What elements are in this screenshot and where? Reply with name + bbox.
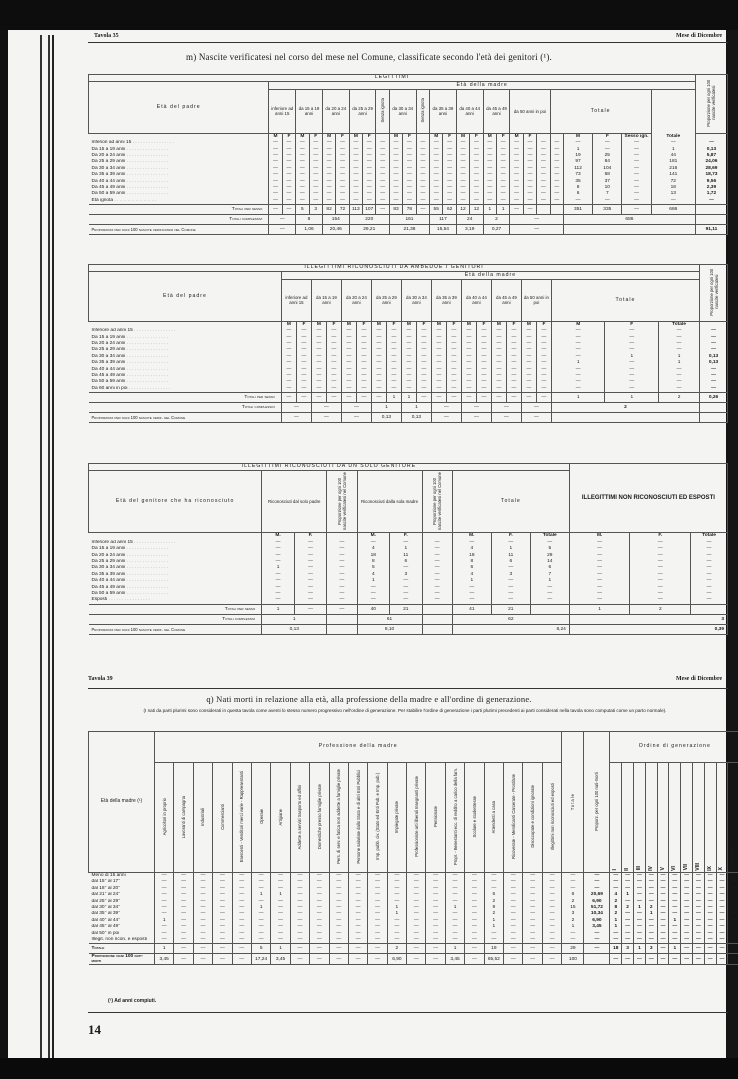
table-label: Tavola 35 [94, 33, 119, 39]
cell: — [269, 225, 296, 235]
cell: — [536, 393, 551, 403]
cell: — [327, 604, 357, 614]
cell: 2 [483, 215, 510, 225]
cell: — [416, 386, 431, 393]
totale-sub-header: Totale [651, 133, 695, 140]
order-cell: 3 [645, 944, 657, 954]
cell: — [530, 597, 569, 604]
col-header: da 15 a 19 anni [296, 89, 323, 133]
cell: — [213, 954, 232, 965]
order-cell: — [704, 944, 716, 954]
totali-complessivi-row: Totali complessivi———11————2 [89, 403, 728, 413]
tot-f: — [605, 386, 659, 393]
cell: — [281, 386, 296, 393]
tot-f: 1 [605, 393, 659, 403]
cell: — [329, 937, 348, 944]
leader-dots: . . . . . . . . . . . . . . . . [125, 341, 168, 346]
sex-header: M [389, 133, 402, 140]
sex-header: M [483, 133, 496, 140]
row-label-text: Da 25 a 29 anni [92, 159, 126, 164]
cell: — [523, 205, 536, 215]
order-col-header: VIII [693, 763, 705, 873]
order-cell: — [634, 937, 646, 944]
cell: — [387, 937, 406, 944]
cell: — [371, 386, 386, 393]
profession-col-header: Commercianti [213, 763, 232, 873]
tot-ign: — [622, 198, 651, 205]
cell: — [403, 198, 416, 205]
cell: — [310, 954, 329, 965]
totale-sub-header: F [593, 133, 622, 140]
month-label: Mese di Dicembre [676, 676, 722, 682]
sex-row: MFMFMFMFMFMFMFMFMFMFTotale [89, 321, 728, 328]
order-cell: — [657, 873, 669, 880]
cell: — [431, 403, 461, 413]
cell: — [271, 873, 290, 880]
proportion-header: Proporz. per ogni 100 nati-morti [594, 772, 599, 831]
col-header: da 20 a 24 anni [322, 89, 349, 133]
cell: — [407, 944, 426, 954]
scan-border [0, 1058, 738, 1079]
order-cell: — [716, 937, 728, 944]
cell: — [193, 944, 212, 954]
sex-header: F. [491, 533, 530, 540]
cell: — [523, 954, 542, 965]
sex-header: Totale [691, 533, 728, 540]
sex-header: F [296, 321, 311, 328]
cell: — [536, 386, 551, 393]
cell: — [445, 937, 464, 944]
blank [327, 614, 357, 624]
order-cell: — [622, 873, 634, 880]
order-label: VII [684, 864, 689, 870]
order-cell: — [681, 954, 693, 965]
leader-dots: . . . . . . . . . . . . . . . . [125, 166, 168, 171]
cell: 82 [322, 205, 335, 215]
order-cell: — [622, 954, 634, 965]
leader-dots: . . . . . . . . . . . . . . . . [125, 553, 168, 558]
order-cell: 3 [622, 944, 634, 954]
order-cell: — [728, 873, 738, 880]
order-col-header: III [634, 763, 646, 873]
table-row: Età ignota . . . . . . . . . . . . . . .… [89, 198, 728, 205]
sex-header [376, 133, 389, 140]
row-label: Totali complessivi [89, 215, 269, 225]
cell: 24 [456, 215, 483, 225]
col-header: da 25 a 29 anni [371, 279, 401, 321]
cell: — [550, 198, 563, 205]
order-cell: — [728, 944, 738, 954]
sex-header: M [322, 133, 335, 140]
cell: 1 [569, 604, 630, 614]
cell: — [296, 393, 311, 403]
proportion: — [584, 937, 610, 944]
profession-col-header: Illegittimi non riconosciuti ed esposti [542, 763, 562, 873]
cell: — [326, 386, 341, 393]
leader-dots: . . . . . . . . . . . . . . . . [125, 172, 168, 177]
cell: — [521, 413, 551, 423]
profession-label: Esercenti - Venditori merci varie - Rapp… [239, 771, 244, 862]
row-label: Totali complessivi [89, 403, 282, 413]
cell: — [491, 393, 506, 403]
cell: 21,38 [389, 225, 429, 235]
cell: — [407, 937, 426, 944]
solo-genitore-table: ILLEGITTIMI RICONOSCIUTI DA UN SOLO GENI… [88, 463, 728, 635]
table-row: dal 21° al 24°—————11——————————6———620,6… [89, 892, 738, 898]
cell: — [213, 873, 232, 880]
profession-col-header: Propr. - Benestanti ecc. di reddito a ca… [445, 763, 464, 873]
profession-label: Addette a servizi trasporto ed affini [297, 785, 302, 849]
profession-label: Pensionate [433, 806, 438, 827]
cell: 3,19 [456, 225, 483, 235]
nati-morti-body: Meno di 15 anni—————————————————————————… [89, 873, 738, 965]
order-label: IX [708, 866, 713, 871]
cell: — [232, 954, 251, 965]
blank [551, 413, 699, 423]
sex-header: M [491, 321, 506, 328]
cell: — [426, 944, 445, 954]
row-label: Totale [89, 944, 155, 954]
leader-dots: . . . . . . . . . . . . . . . . [125, 335, 168, 340]
cell: — [281, 413, 311, 423]
cell: — [445, 873, 464, 880]
table-row: dal 45° al 49°—————————————————1———13,45… [89, 924, 738, 930]
profession-label: Artigiane [278, 809, 283, 826]
order-cell: — [634, 954, 646, 965]
blank [422, 624, 452, 634]
cell: 12 [470, 205, 483, 215]
cell: — [465, 937, 484, 944]
totale-row: Totale1————51—————2——1—19———29—18313—1——… [89, 944, 738, 954]
sex-header [327, 533, 357, 540]
cell: 15,54 [430, 225, 457, 235]
profession-col-header: Professioniste arti liberali Insegnanti … [407, 763, 426, 873]
sex-header: F. [390, 533, 422, 540]
order-col-header: VII [681, 763, 693, 873]
blank [563, 225, 695, 235]
row-label-text: Da 50 a 59 anni [92, 191, 126, 196]
sex-header: M [430, 133, 443, 140]
cell: — [213, 944, 232, 954]
sex-header: F [496, 133, 509, 140]
profession-label: Imp. pubb. civ. (Stato ed Enti Pub. e Im… [375, 773, 380, 860]
cell: — [269, 205, 282, 215]
cell: — [310, 944, 329, 954]
cell: — [465, 954, 484, 965]
row-label-text: Da 45 a 49 anni [92, 373, 126, 378]
table-row: dal 15° al 17°——————————————————————————… [89, 879, 738, 885]
cell: — [174, 873, 193, 880]
cell: — [368, 873, 387, 880]
tot-f: — [593, 198, 622, 205]
sex-header: F. [630, 533, 691, 540]
cell: 55 [430, 205, 443, 215]
row-label-text: Esposti [92, 597, 108, 602]
totale-header: Totale [551, 279, 699, 321]
sex-header: F [326, 321, 341, 328]
order-cell: — [645, 937, 657, 944]
table-label: Tavola 39 [88, 676, 113, 682]
cell: — [491, 413, 521, 423]
row-label: Esposti . . . . . . . . . . . . . . . . [89, 597, 262, 604]
order-cell: — [622, 937, 634, 944]
leader-dots: . . . . . . . . . . . . . . . . [113, 198, 156, 203]
legittimi-body: MFMFMFMFMFMFMFMFMFMFSesso ign.TotaleInfe… [89, 133, 728, 234]
cell: — [371, 393, 386, 403]
cell: — [348, 944, 367, 954]
totali-per-sesso-row: Totali per sesso———————11—————————1120,2… [89, 393, 728, 403]
profession-label: Propr. - Benestanti ecc. di reddito a ca… [453, 768, 458, 865]
leader-dots: . . . . . . . . . . . . . . . . [133, 328, 176, 333]
order-label: X [719, 867, 724, 870]
sex-header: M [311, 321, 326, 328]
cell: — [193, 937, 212, 944]
ambedue-table: ILLEGITTIMI RICONOSCIUTI DA AMBEDUE I GE… [88, 264, 728, 423]
table-row: Meno di 15 anni—————————————————————————… [89, 873, 738, 880]
totale-sub-header: F [605, 321, 659, 328]
sex-row: MFMFMFMFMFMFMFMFMFMFSesso ign.Totale [89, 133, 728, 140]
sex-header: F [416, 321, 431, 328]
tot-m: 1 [551, 393, 605, 403]
cell: — [174, 944, 193, 954]
cell: — [476, 386, 491, 393]
cell: — [174, 937, 193, 944]
proportion: — [700, 386, 728, 393]
row-label-text: Da 40 a 44 anni [92, 367, 126, 372]
blank [695, 205, 727, 215]
cell: — [521, 403, 551, 413]
prop-padre-header: Proporzione per ogni 100 nascite verific… [337, 471, 347, 532]
cell: — [281, 393, 296, 403]
proportion-header: Proporzione per ogni 100 nascite verific… [709, 265, 719, 321]
row-label: Da 60 anni in poi . . . . . . . . . . . … [89, 386, 282, 393]
order-col-header: VI [669, 763, 681, 873]
cell: — [542, 937, 562, 944]
cell: — [430, 198, 443, 205]
cell: 1 [386, 393, 401, 403]
cell: — [416, 198, 429, 205]
row-label: Illegit. non ricon. e esposti [89, 937, 155, 944]
total: 29 [562, 944, 584, 954]
cell: — [456, 198, 469, 205]
cell: — [446, 386, 461, 393]
profession-col-header: Operaie [251, 763, 270, 873]
ambedue-body: MFMFMFMFMFMFMFMFMFMFTotaleInferiore ad a… [89, 321, 728, 422]
profession-col-header: Imp. pubb. civ. (Stato ed Enti Pub. e Im… [368, 763, 387, 873]
order-cell: — [693, 937, 705, 944]
profession-col-header: Scolare e studentesse [465, 763, 484, 873]
order-col-header: V [657, 763, 669, 873]
cell: 1 [271, 944, 290, 954]
cell: — [465, 944, 484, 954]
sex-header: M [269, 133, 282, 140]
row-label-text: Da 50 a 59 anni [92, 379, 126, 384]
row-label-text: Da 15 a 19 anni [92, 546, 126, 551]
order-cell: 1 [634, 944, 646, 954]
proportion: — [584, 944, 610, 954]
sex-header: M [296, 133, 309, 140]
profession-col-header: Pensionate [426, 763, 445, 873]
leader-dots: . . . . . . . . . . . . . . . . [125, 185, 168, 190]
order-header: Ordine di generazione [610, 732, 738, 763]
cell: — [311, 403, 341, 413]
cell: — [521, 386, 536, 393]
order-cell: — [610, 873, 622, 880]
cell: — [155, 937, 174, 944]
order-col-header: I [610, 763, 622, 873]
cell: — [329, 954, 348, 965]
cell: — [269, 215, 296, 225]
mother-age-header: Età della madre [269, 82, 696, 89]
cell: — [416, 393, 431, 403]
cell: — [310, 873, 329, 880]
father-age-header: Età del padre [89, 272, 282, 321]
order-label: I [613, 869, 618, 870]
cell: — [537, 198, 550, 205]
leader-dots: . . . . . . . . . . . . . . . . [125, 591, 168, 596]
cell: 154 [322, 215, 349, 225]
profession-col-header: Attendenti a casa [484, 763, 503, 873]
total: 100 [562, 954, 584, 965]
sex-header: F [309, 133, 322, 140]
gutter-line [52, 35, 54, 1075]
cell: 41 [452, 604, 491, 614]
order-cell: — [693, 954, 705, 965]
cell: 0,13 [401, 413, 431, 423]
cell: — [426, 954, 445, 965]
sex-header: M [349, 133, 362, 140]
row-label [89, 321, 282, 328]
cell: — [416, 205, 429, 215]
page-number: 14 [88, 1022, 101, 1038]
cell: 1 [496, 205, 509, 215]
leader-dots: . . . . . . . . . . . . . . . . [125, 179, 168, 184]
cell: — [368, 954, 387, 965]
order-cell: — [704, 954, 716, 965]
order-cell: — [645, 954, 657, 965]
cell: — [483, 198, 496, 205]
cell: — [542, 873, 562, 880]
cell: — [232, 873, 251, 880]
row-label-text: Da 35 a 39 anni [92, 172, 126, 177]
cell: — [349, 198, 362, 205]
cell: — [348, 954, 367, 965]
col-header: Senza ignota [380, 98, 385, 122]
table-row: Esposti . . . . . . . . . . . . . . . .—… [89, 597, 728, 604]
cell: — [510, 205, 523, 215]
leader-dots: . . . . . . . . . . . . . . . . [125, 159, 168, 164]
order-cell: — [681, 944, 693, 954]
row-label-text: Da 20 a 24 anni [92, 153, 126, 158]
col-header: da 35 a 39 anni [431, 279, 461, 321]
sex-header: M. [452, 533, 491, 540]
order-label: VIII [696, 863, 701, 871]
row-label-text: Da 60 anni in poi [92, 386, 128, 391]
order-cell: — [681, 873, 693, 880]
cell: — [465, 873, 484, 880]
cell: — [282, 198, 295, 205]
cell: 1 [401, 403, 431, 413]
cell: 72 [336, 205, 349, 215]
leader-dots: . . . . . . . . . . . . . . . . [125, 367, 168, 372]
col-header: da 40 a 44 anni [461, 279, 491, 321]
sex-header: F [282, 133, 295, 140]
cell: 19 [484, 944, 503, 954]
mother-age-header: Età della madre [281, 272, 699, 279]
cell: 3,45 [155, 954, 174, 965]
totali-per-sesso-row: Totali per sesso——538272113107—8378—5562… [89, 205, 728, 215]
leader-dots: . . . . . . . . . . . . . . . . [125, 379, 168, 384]
leader-dots: . . . . . . . . . . . . . . . . [125, 354, 168, 359]
cell: — [542, 954, 562, 965]
profession-col-headers: Agricoltori in proprioLavoranti di campa… [89, 763, 738, 873]
cell: — [387, 873, 406, 880]
leader-dots: . . . . . . . . . . . . . . . . [125, 559, 168, 564]
cell: — [269, 198, 282, 205]
col-header: da 25 a 29 anni [349, 89, 376, 133]
leader-dots: . . . . . . . . . . . . . . . . [125, 347, 168, 352]
profession-label: Ricoverate - Mendicanti Carcerate - Pros… [511, 774, 516, 859]
row-label: Proporzioni per ogni 100 nascite verif. … [89, 624, 262, 634]
tot-m: 351 [563, 205, 592, 215]
cell: — [341, 403, 371, 413]
cell: — [368, 944, 387, 954]
non-riconosciuti-header: ILLEGITTIMI NON RICONOSCIUTI ED ESPOSTI [569, 464, 727, 533]
cell: 61 [357, 614, 422, 624]
blank [700, 321, 728, 328]
row-label-text: Da 25 a 29 anni [92, 559, 126, 564]
cell [422, 604, 452, 614]
blank [327, 624, 357, 634]
leader-dots: . . . . . . . . . . . . . . . . [125, 153, 168, 158]
solo-genitore-body: M.F.M.F.M.F.TotaleM.F.TotaleInferiore ad… [89, 533, 728, 634]
sex-header [422, 533, 452, 540]
col-header: Senza ignota [420, 98, 425, 122]
cell: — [504, 944, 523, 954]
order-cell: — [657, 937, 669, 944]
col-header: inferiore ad anni 15 [281, 279, 311, 321]
cell: — [491, 403, 521, 413]
sex-header: M [461, 321, 476, 328]
sex-header: F [523, 133, 536, 140]
cell: — [251, 873, 270, 880]
table-subtitle: (I nati da parti plurimi sono considerat… [80, 707, 730, 714]
cell: — [322, 198, 335, 205]
proportion-row: Proporzione ogni 100 nati-morti3,45————1… [89, 954, 738, 965]
sex-header: M. [357, 533, 389, 540]
profession-label: Commercianti [220, 804, 225, 830]
sex-row: M.F.M.F.M.F.TotaleM.F.Totale [89, 533, 728, 540]
sex-header [550, 133, 563, 140]
father-age-header: Età del padre [89, 82, 269, 133]
cell: — [426, 873, 445, 880]
section-header: LEGITTIMI [89, 75, 696, 82]
cell: — [327, 597, 357, 604]
col-header: inferiore ad anni 15 [269, 89, 296, 133]
order-cell: — [657, 944, 669, 954]
tot-f: 335 [593, 205, 622, 215]
row-label-text: Da 30 a 34 anni [92, 354, 126, 359]
sex-header [416, 133, 429, 140]
cell: — [431, 413, 461, 423]
profession-col-header: Persone salariate dallo Stato e di altri… [348, 763, 367, 873]
order-cell: — [716, 873, 728, 880]
leader-dots: . . . . . . . . . . . . . . . . [125, 373, 168, 378]
cell: 1 [401, 393, 416, 403]
cell: — [296, 386, 311, 393]
sex-header: F [336, 133, 349, 140]
order-cell: — [693, 944, 705, 954]
